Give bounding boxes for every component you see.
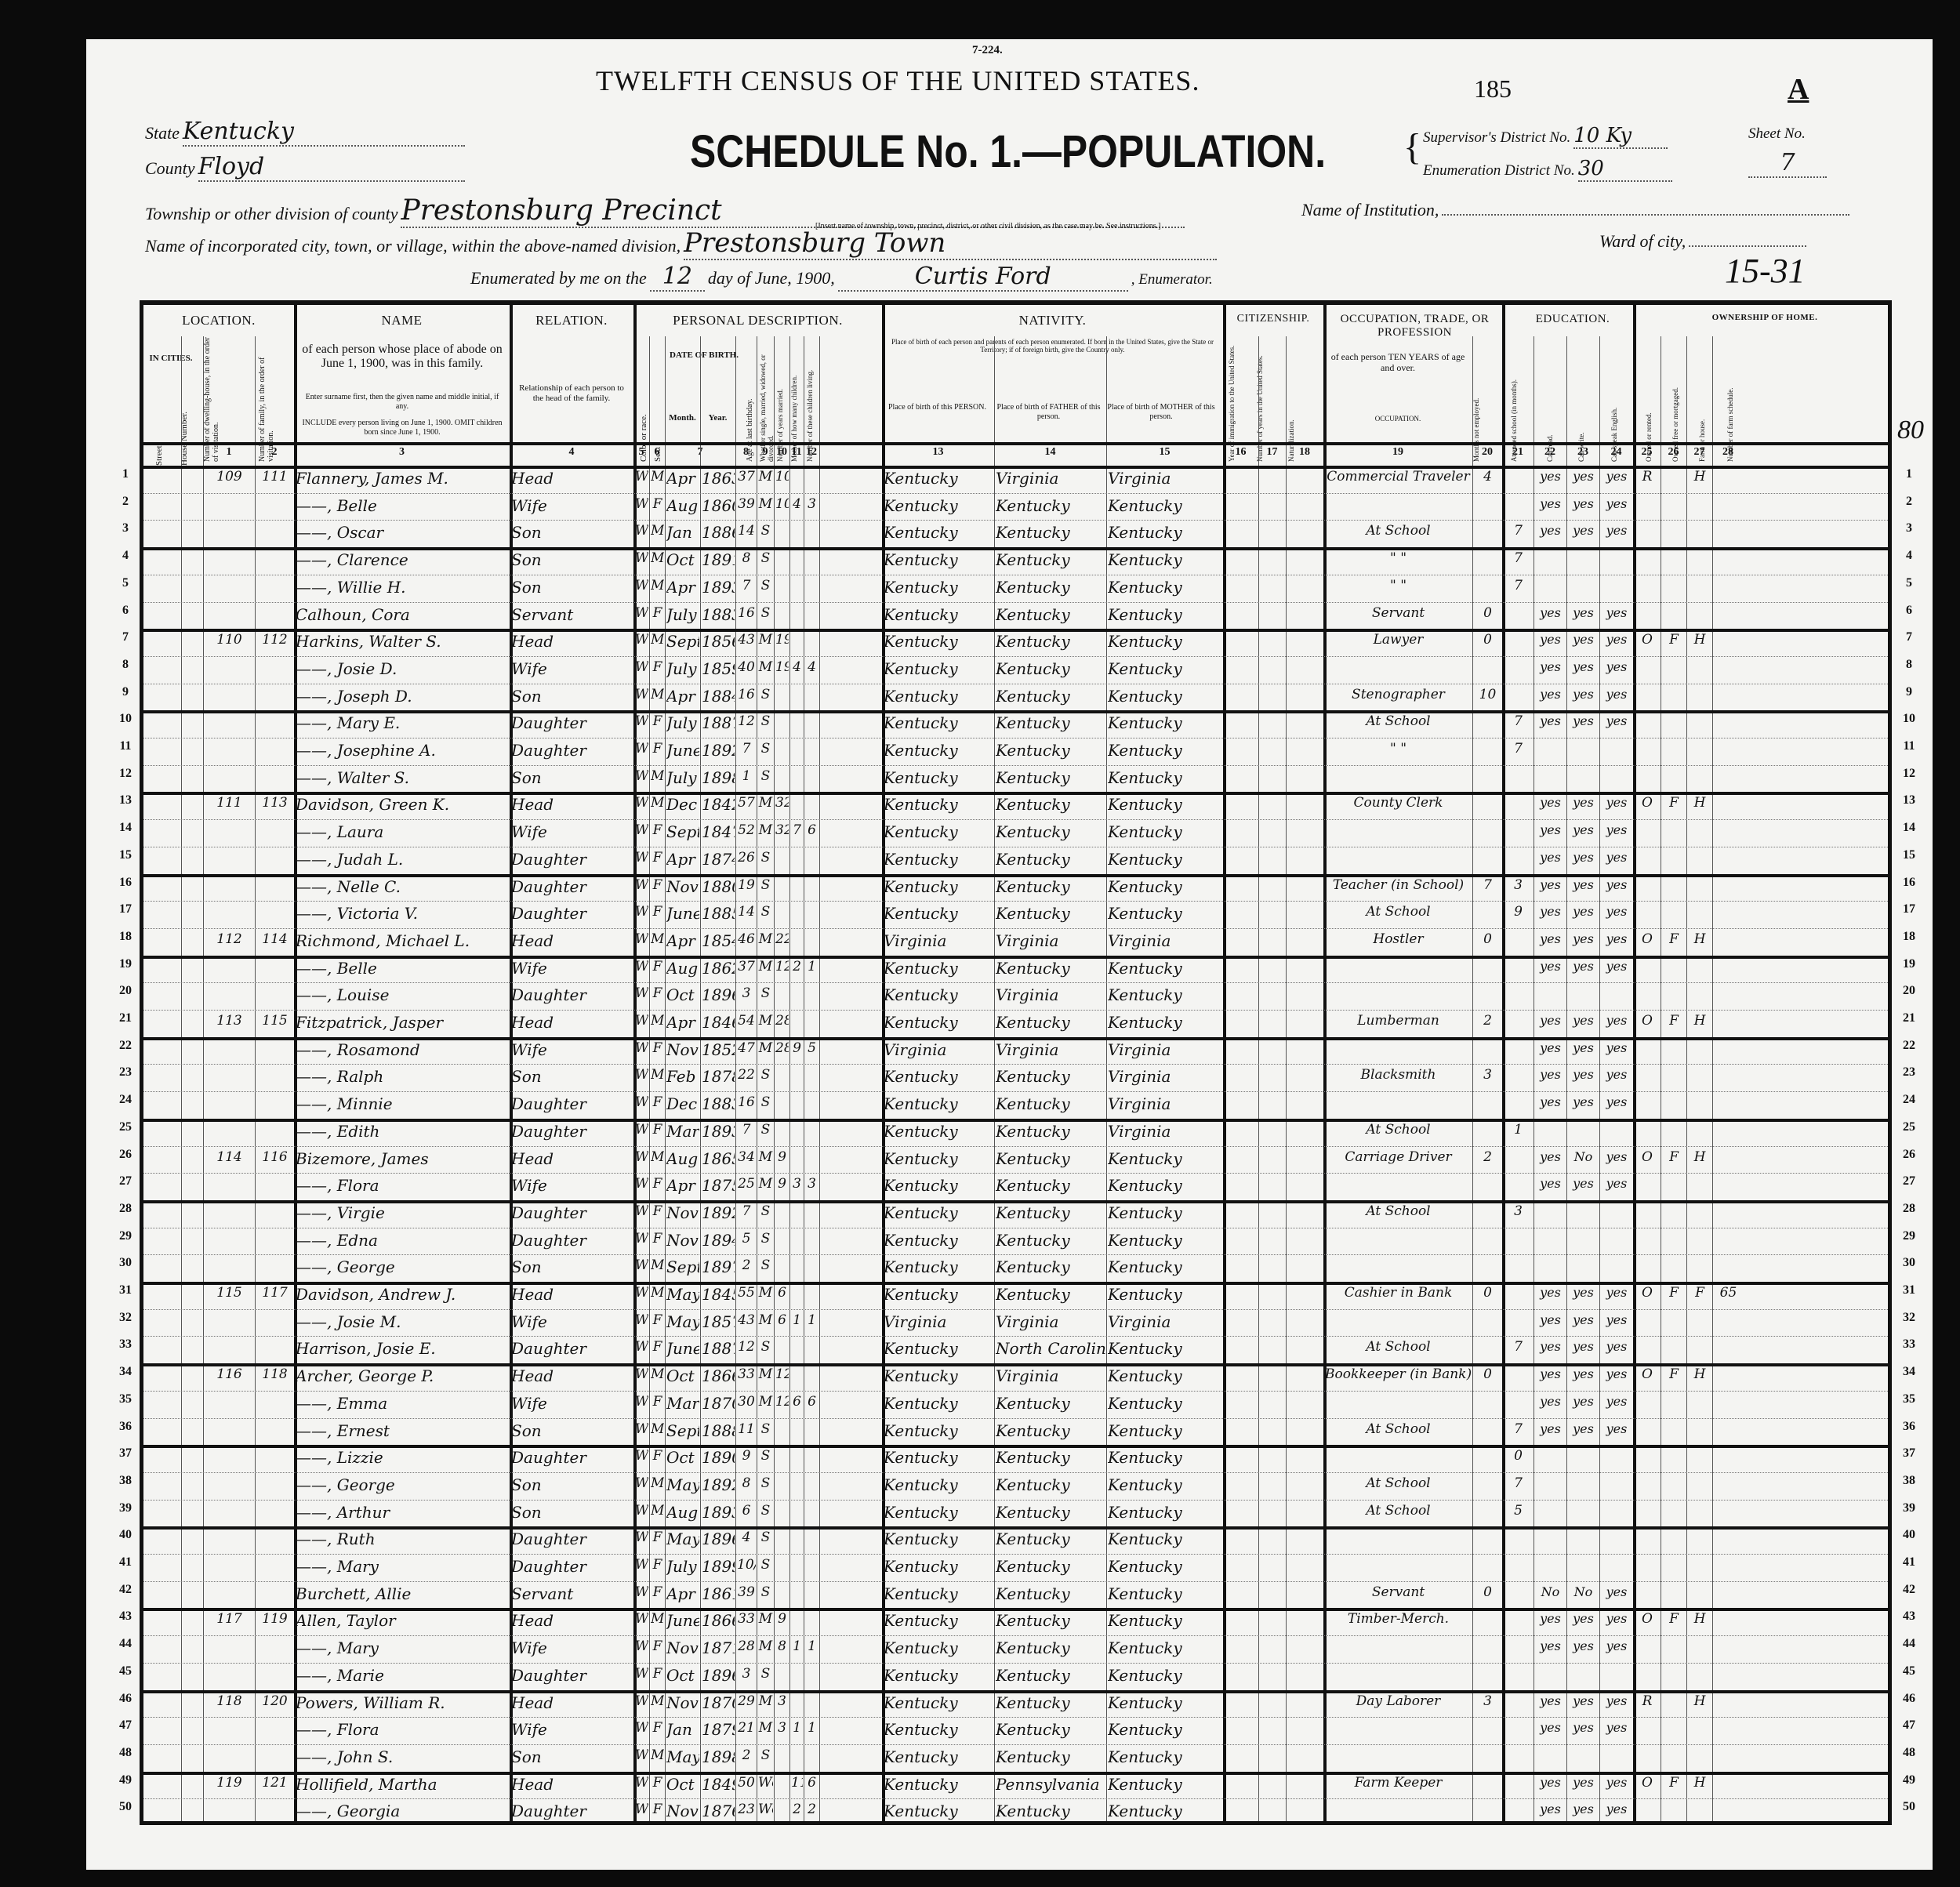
cell-mpob: Kentucky xyxy=(1108,1448,1222,1467)
cell-mar: S xyxy=(758,1203,773,1219)
cell-name: ——, Georgia xyxy=(296,1802,509,1820)
document-title: TWELFTH CENSUS OF THE UNITED STATES. xyxy=(596,64,1200,97)
cell-name: Davidson, Green K. xyxy=(296,795,509,814)
table-row: Burchett, AllieServantWFApr186139SKentuc… xyxy=(143,1581,1888,1609)
cell-rel: Wife xyxy=(511,659,633,678)
cell-write: yes xyxy=(1568,1775,1599,1790)
table-row: ——, ClarenceSonWMOct18918SKentuckyKentuc… xyxy=(143,547,1888,575)
cell-unemp: 0 xyxy=(1474,1366,1501,1382)
group-relation: RELATION. xyxy=(510,313,633,328)
cell-month: May xyxy=(666,1312,699,1331)
cell-fam: 112 xyxy=(256,632,293,648)
line-number: 21 xyxy=(114,1011,137,1025)
cell-occ: At School xyxy=(1325,1503,1472,1519)
cell-sex: F xyxy=(651,1720,664,1736)
cell-cl: 3 xyxy=(805,1176,818,1192)
cell-fam: 121 xyxy=(256,1775,293,1791)
cell-month: Apr xyxy=(666,931,699,950)
cell-sex: F xyxy=(651,850,664,865)
cell-dw: 116 xyxy=(205,1366,254,1382)
cell-fpob: Kentucky xyxy=(996,1802,1105,1820)
line-number: 32 xyxy=(1897,1311,1921,1325)
cell-read: yes xyxy=(1535,1720,1566,1735)
cell-eng: yes xyxy=(1601,959,1632,974)
cell-ym: 19 xyxy=(775,659,789,675)
column-number: 22 xyxy=(1534,446,1566,459)
cell-mar: S xyxy=(758,1475,773,1491)
table-row: ——, Walter S.SonWMJuly18981SKentuckyKent… xyxy=(143,765,1888,793)
line-number: 12 xyxy=(114,767,137,781)
column-number: 16 xyxy=(1223,446,1258,459)
cell-cl: 1 xyxy=(805,1312,818,1328)
cell-eng: yes xyxy=(1601,877,1632,892)
occupation-description: of each person TEN YEARS of age and over… xyxy=(1327,352,1468,374)
line-number: 35 xyxy=(1897,1392,1921,1406)
cell-mar: S xyxy=(758,768,773,784)
cell-eng: yes xyxy=(1601,1149,1632,1164)
cell-month: Sept xyxy=(666,1257,699,1276)
cell-month: Sept xyxy=(666,1421,699,1440)
cell-color: W xyxy=(635,1176,648,1192)
cell-fpob: Kentucky xyxy=(996,578,1105,597)
cell-unemp: 0 xyxy=(1474,1285,1501,1301)
cell-fm: F xyxy=(1662,1775,1686,1791)
table-row: 115117Davidson, Andrew J.HeadWMMay184555… xyxy=(143,1282,1888,1309)
cell-age: 3 xyxy=(737,1666,756,1682)
cell-fpob: Kentucky xyxy=(996,523,1105,542)
cell-color: W xyxy=(635,822,648,838)
cell-fpob: Virginia xyxy=(996,985,1105,1004)
cell-rel: Head xyxy=(511,1013,633,1032)
cell-age: 22 xyxy=(737,1067,756,1083)
cell-ym: 32 xyxy=(775,822,789,838)
cell-rel: Daughter xyxy=(511,1231,633,1250)
cell-fpob: Kentucky xyxy=(996,1611,1105,1630)
cell-sch: 1 xyxy=(1504,1122,1533,1138)
cell-month: Mar xyxy=(666,1122,699,1141)
cell-read: yes xyxy=(1535,687,1566,702)
cell-fpob: Kentucky xyxy=(996,822,1105,841)
cell-eng: yes xyxy=(1601,469,1632,484)
cell-fh: H xyxy=(1688,1149,1711,1165)
name-enter-instruction: Enter surname first, then the given name… xyxy=(300,393,504,411)
cell-mo: 4 xyxy=(791,496,803,512)
cell-mpob: Kentucky xyxy=(1108,1666,1222,1685)
cell-color: W xyxy=(635,1203,648,1219)
cell-write: yes xyxy=(1568,1366,1599,1381)
line-number: 36 xyxy=(114,1420,137,1434)
cell-mar: S xyxy=(758,1339,773,1355)
cell-age: 12 xyxy=(737,1339,756,1355)
cell-mar: M xyxy=(758,931,773,947)
cell-year: 1896 xyxy=(702,985,735,1004)
cell-ym: 12 xyxy=(775,1366,789,1382)
cell-pob: Kentucky xyxy=(884,496,993,515)
cell-eng: yes xyxy=(1601,1584,1632,1599)
line-number: 22 xyxy=(114,1039,137,1053)
cell-fpob: Kentucky xyxy=(996,1557,1105,1576)
cell-mpob: Kentucky xyxy=(1108,1584,1222,1603)
cell-mpob: Kentucky xyxy=(1108,1394,1222,1413)
line-number: 29 xyxy=(1897,1229,1921,1243)
cell-year: 1870 xyxy=(702,1693,735,1712)
cell-own: O xyxy=(1635,632,1660,648)
cell-occ: At School xyxy=(1325,1203,1472,1219)
cell-mpob: Kentucky xyxy=(1108,1421,1222,1440)
cell-year: 1892 xyxy=(702,1475,735,1494)
cell-color: W xyxy=(635,1067,648,1083)
cell-color: W xyxy=(635,713,648,729)
cell-sex: F xyxy=(651,959,664,974)
cell-write: yes xyxy=(1568,959,1599,974)
cell-age: 14 xyxy=(737,523,756,539)
pob-father-header: Place of birth of FATHER of this person. xyxy=(996,403,1102,421)
cell-mar: Wd xyxy=(758,1802,773,1817)
cell-sex: F xyxy=(651,877,664,893)
line-number: 3 xyxy=(1897,521,1921,535)
cell-sex: F xyxy=(651,1557,664,1573)
cell-sex: F xyxy=(651,1584,664,1600)
cell-name: ——, Marie xyxy=(296,1666,509,1685)
cell-fam: 117 xyxy=(256,1285,293,1301)
cell-rel: Daughter xyxy=(511,1448,633,1467)
cell-rel: Head xyxy=(511,469,633,488)
cell-name: ——, Belle xyxy=(296,496,509,515)
cell-age: 33 xyxy=(737,1366,756,1382)
table-row: ——, ArthurSonWMAug18936SKentuckyKentucky… xyxy=(143,1500,1888,1527)
cell-color: W xyxy=(635,632,648,648)
column-number: 2 xyxy=(255,446,294,459)
cell-fpob: Kentucky xyxy=(996,1067,1105,1086)
cell-rel: Head xyxy=(511,632,633,651)
cell-sch: 3 xyxy=(1504,877,1533,893)
cell-write: yes xyxy=(1568,1638,1599,1653)
cell-fam: 116 xyxy=(256,1149,293,1165)
cell-ym: 3 xyxy=(775,1693,789,1709)
cell-fam: 114 xyxy=(256,931,293,947)
cell-year: 1866 xyxy=(702,1366,735,1385)
cell-pob: Kentucky xyxy=(884,1013,993,1032)
cell-rel: Wife xyxy=(511,1720,633,1739)
line-number: 18 xyxy=(114,930,137,944)
street-header: Street. xyxy=(154,399,164,466)
cell-write: No xyxy=(1568,1149,1599,1164)
cell-month: May xyxy=(666,1285,699,1304)
cell-mpob: Virginia xyxy=(1108,1094,1222,1113)
cell-sex: F xyxy=(651,605,664,621)
cell-month: May xyxy=(666,1530,699,1548)
cell-write: yes xyxy=(1568,659,1599,674)
cell-fh: F xyxy=(1688,1285,1711,1301)
cell-sex: M xyxy=(651,795,664,811)
cell-pob: Kentucky xyxy=(884,1203,993,1222)
relation-description: Relationship of each person to the head … xyxy=(514,383,630,403)
line-number: 2 xyxy=(114,495,137,509)
cell-ym: 32 xyxy=(775,795,789,811)
cell-occ: Commercial Traveler xyxy=(1325,469,1472,484)
cell-sex: M xyxy=(651,578,664,593)
cell-mo: 4 xyxy=(791,659,803,675)
cell-month: June xyxy=(666,1611,699,1630)
line-number: 39 xyxy=(114,1501,137,1515)
cell-unemp: 0 xyxy=(1474,931,1501,947)
cell-rel: Head xyxy=(511,1285,633,1304)
cell-read: yes xyxy=(1535,1366,1566,1381)
cell-occ: Lawyer xyxy=(1325,632,1472,648)
cell-name: ——, Emma xyxy=(296,1394,509,1413)
group-nativity: NATIVITY. xyxy=(882,313,1223,328)
cell-color: W xyxy=(635,904,648,920)
cell-color: W xyxy=(635,931,648,947)
line-number: 47 xyxy=(114,1718,137,1733)
ward-field: Ward of city, xyxy=(1599,231,1806,252)
cell-mar: S xyxy=(758,850,773,865)
cell-pob: Kentucky xyxy=(884,768,993,787)
column-number: 1 xyxy=(203,446,255,459)
table-row: ——, FloraWifeWFJan187921M311KentuckyKent… xyxy=(143,1717,1888,1744)
cell-month: Nov xyxy=(666,1231,699,1250)
state-field: State Kentucky xyxy=(145,118,465,147)
cell-pob: Kentucky xyxy=(884,1094,993,1113)
cell-mar: Wd xyxy=(758,1775,773,1791)
column-number: 8 xyxy=(735,446,757,459)
table-row: ——, RuthDaughterWFMay18964SKentuckyKentu… xyxy=(143,1526,1888,1554)
cell-year: 1862 xyxy=(702,959,735,978)
table-row: 118120Powers, William R.HeadWMNov187029M… xyxy=(143,1690,1888,1718)
cell-fpob: North Carolina xyxy=(996,1339,1105,1358)
line-number: 5 xyxy=(1897,576,1921,590)
cell-age: 29 xyxy=(737,1693,756,1709)
cell-read: yes xyxy=(1535,795,1566,810)
cell-year: 1887 xyxy=(702,713,735,732)
cell-color: W xyxy=(635,659,648,675)
cell-color: W xyxy=(635,850,648,865)
cell-age: 46 xyxy=(737,931,756,947)
cell-read: yes xyxy=(1535,850,1566,865)
cell-read: yes xyxy=(1535,1421,1566,1436)
table-row: ——, GeorgiaDaughterWFNov187623Wd22Kentuc… xyxy=(143,1798,1888,1826)
cell-year: 1893 xyxy=(702,578,735,597)
line-number: 14 xyxy=(1897,821,1921,835)
cell-cl: 1 xyxy=(805,1720,818,1736)
cell-name: Bizemore, James xyxy=(296,1149,509,1168)
cell-fh: H xyxy=(1688,1693,1711,1709)
line-number: 12 xyxy=(1897,767,1921,781)
cell-month: July xyxy=(666,605,699,624)
cell-sex: M xyxy=(651,1475,664,1491)
cell-rel: Daughter xyxy=(511,877,633,896)
cell-rel: Daughter xyxy=(511,904,633,923)
cell-pob: Kentucky xyxy=(884,1394,993,1413)
cell-dw: 114 xyxy=(205,1149,254,1165)
cell-rel: Son xyxy=(511,1421,633,1440)
line-number: 15 xyxy=(114,848,137,862)
line-number: 17 xyxy=(114,902,137,916)
line-number: 16 xyxy=(1897,876,1921,890)
cell-mar: M xyxy=(758,822,773,838)
cell-pob: Kentucky xyxy=(884,605,993,624)
cell-pob: Virginia xyxy=(884,1040,993,1059)
cell-write: yes xyxy=(1568,1013,1599,1028)
line-number: 9 xyxy=(1897,685,1921,699)
name-include-instruction: INCLUDE every person living on June 1, 1… xyxy=(300,419,504,437)
cell-age: 9 xyxy=(737,1448,756,1464)
cell-fpob: Kentucky xyxy=(996,1530,1105,1548)
cell-rel: Wife xyxy=(511,1040,633,1059)
cell-name: ——, Joseph D. xyxy=(296,687,509,706)
cell-month: Nov xyxy=(666,1802,699,1820)
cell-year: 1894 xyxy=(702,1231,735,1250)
cell-mpob: Kentucky xyxy=(1108,1285,1222,1304)
cell-fh: H xyxy=(1688,469,1711,484)
cell-write: yes xyxy=(1568,1394,1599,1409)
table-row: Harrison, Josie E.DaughterWFJune188712SK… xyxy=(143,1336,1888,1363)
cell-write: yes xyxy=(1568,1040,1599,1055)
cell-age: 47 xyxy=(737,1040,756,1056)
cell-mo: 1 xyxy=(791,1638,803,1654)
institution-label: Name of Institution, xyxy=(1301,200,1439,220)
cell-rel: Servant xyxy=(511,1584,633,1603)
cell-age: 7 xyxy=(737,1122,756,1138)
column-number: 24 xyxy=(1599,446,1633,459)
cell-sex: M xyxy=(651,550,664,566)
cell-sch: 7 xyxy=(1504,713,1533,729)
cell-cl: 6 xyxy=(805,1775,818,1791)
cell-write: yes xyxy=(1568,1611,1599,1626)
cell-write: yes xyxy=(1568,1693,1599,1708)
cell-fm: F xyxy=(1662,1611,1686,1627)
cell-color: W xyxy=(635,1802,648,1817)
cell-mpob: Kentucky xyxy=(1108,768,1222,787)
cell-fh: H xyxy=(1688,1611,1711,1627)
cell-mar: M xyxy=(758,1720,773,1736)
cell-name: ——, Mary xyxy=(296,1557,509,1576)
cell-pob: Kentucky xyxy=(884,1693,993,1712)
cell-name: Richmond, Michael L. xyxy=(296,931,509,950)
line-number: 9 xyxy=(114,685,137,699)
line-number: 30 xyxy=(1897,1256,1921,1270)
cell-month: Apr xyxy=(666,1584,699,1603)
cell-mar: M xyxy=(758,1312,773,1328)
line-number: 25 xyxy=(114,1120,137,1134)
cell-fpob: Kentucky xyxy=(996,687,1105,706)
column-number: 14 xyxy=(994,446,1106,459)
cell-color: W xyxy=(635,496,648,512)
line-number: 28 xyxy=(1897,1202,1921,1216)
cell-dw: 109 xyxy=(205,469,254,484)
cell-mpob: Kentucky xyxy=(1108,659,1222,678)
cell-read: yes xyxy=(1535,931,1566,946)
cell-color: W xyxy=(635,687,648,702)
cell-sex: M xyxy=(651,1421,664,1437)
cell-mo: 2 xyxy=(791,1802,803,1817)
cell-age: 3 xyxy=(737,985,756,1001)
cell-pob: Kentucky xyxy=(884,1747,993,1766)
cell-month: July xyxy=(666,713,699,732)
cell-unemp: 0 xyxy=(1474,605,1501,621)
cell-fam: 119 xyxy=(256,1611,293,1627)
cell-sex: F xyxy=(651,1312,664,1328)
city-value: Prestonsburg Town xyxy=(684,227,1217,260)
cell-year: 1884 xyxy=(702,687,735,706)
cell-write: yes xyxy=(1568,1067,1599,1082)
cell-mpob: Kentucky xyxy=(1108,904,1222,923)
cell-write: yes xyxy=(1568,795,1599,810)
cell-mar: S xyxy=(758,578,773,593)
cell-occ: County Clerk xyxy=(1325,795,1472,811)
cell-fpob: Kentucky xyxy=(996,1122,1105,1141)
cell-ym: 6 xyxy=(775,1285,789,1301)
cell-age: 12 xyxy=(737,713,756,729)
cell-occ: " " xyxy=(1325,741,1472,757)
cell-occ: Stenographer xyxy=(1325,687,1472,702)
cell-read: yes xyxy=(1535,523,1566,538)
cell-mar: S xyxy=(758,741,773,757)
cell-mpob: Kentucky xyxy=(1108,496,1222,515)
cell-mar: S xyxy=(758,904,773,920)
cell-month: Nov xyxy=(666,1040,699,1059)
cell-occ: Servant xyxy=(1325,605,1472,621)
cell-pob: Kentucky xyxy=(884,1611,993,1630)
cell-mar: M xyxy=(758,795,773,811)
line-number: 34 xyxy=(1897,1365,1921,1379)
column-number: 28 xyxy=(1712,446,1744,459)
cell-fh: H xyxy=(1688,795,1711,811)
cell-name: ——, Ralph xyxy=(296,1067,509,1086)
cell-mar: S xyxy=(758,713,773,729)
table-row: ——, RosamondWifeWFNov185247M2895Virginia… xyxy=(143,1037,1888,1065)
cell-read: yes xyxy=(1535,822,1566,837)
line-number: 38 xyxy=(114,1474,137,1488)
cell-sex: F xyxy=(651,741,664,757)
cell-sch: 7 xyxy=(1504,741,1533,757)
cell-name: ——, Nelle C. xyxy=(296,877,509,896)
cell-fpob: Kentucky xyxy=(996,1394,1105,1413)
column-number: 18 xyxy=(1286,446,1323,459)
cell-rel: Son xyxy=(511,550,633,569)
cell-name: Harrison, Josie E. xyxy=(296,1339,509,1358)
cell-rel: Son xyxy=(511,1747,633,1766)
table-row: ——, ErnestSonWMSept188811SKentuckyKentuc… xyxy=(143,1418,1888,1446)
cell-year: 1870 xyxy=(702,1394,735,1413)
cell-age: 4 xyxy=(737,1530,756,1545)
cell-name: ——, Victoria V. xyxy=(296,904,509,923)
cell-pob: Kentucky xyxy=(884,850,993,869)
cell-own: O xyxy=(1635,1366,1660,1382)
cell-sex: M xyxy=(651,687,664,702)
cell-occ: At School xyxy=(1325,713,1472,729)
cell-fam: 120 xyxy=(256,1693,293,1709)
cell-year: 1860 xyxy=(702,496,735,515)
cell-month: Apr xyxy=(666,469,699,488)
cell-name: ——, Flora xyxy=(296,1720,509,1739)
line-number: 8 xyxy=(114,658,137,672)
cell-own: R xyxy=(1635,1693,1660,1709)
cell-sex: F xyxy=(651,1040,664,1056)
cell-year: 1849 xyxy=(702,1775,735,1794)
line-number: 28 xyxy=(114,1202,137,1216)
cell-unemp: 4 xyxy=(1474,469,1501,484)
cell-year: 1892 xyxy=(702,1203,735,1222)
cell-year: 1857 xyxy=(702,1312,735,1331)
table-row: ——, BelleWifeWFAug186039M1043KentuckyKen… xyxy=(143,493,1888,521)
cell-fpob: Kentucky xyxy=(996,1203,1105,1222)
cell-unemp: 0 xyxy=(1474,1584,1501,1600)
cell-pob: Kentucky xyxy=(884,822,993,841)
cell-name: Burchett, Allie xyxy=(296,1584,509,1603)
cell-year: 1887 xyxy=(702,1339,735,1358)
cell-mpob: Kentucky xyxy=(1108,1475,1222,1494)
